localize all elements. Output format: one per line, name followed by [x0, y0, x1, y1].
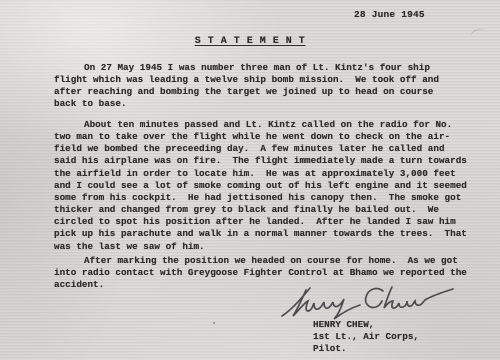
paper-speck	[213, 322, 215, 324]
text-line: flight which was leading a twelve ship b…	[54, 74, 439, 86]
text-line: the airfield in order to locate him. He …	[54, 168, 467, 180]
paper-smudge	[470, 27, 487, 41]
text-line: said his airplane was on fire. The fligh…	[54, 155, 467, 167]
text-line: HENRY CHEW,	[313, 319, 419, 331]
text-line: After marking the position we headed on …	[54, 255, 467, 267]
text-line: Pilot.	[313, 343, 419, 355]
paragraph-mission: On 27 May 1945 I was number three man of…	[54, 62, 439, 111]
text-line: into radio contact with Greygoose Fighte…	[54, 267, 467, 279]
document-date: 28 June 1945	[354, 9, 425, 20]
text-line: was the last we saw of him.	[54, 241, 467, 253]
text-line: two man to take over the flight while he…	[54, 131, 467, 143]
text-line: field we bombed the preceeding day. A fe…	[54, 143, 467, 155]
text-line: thicker and changed from grey to black a…	[54, 204, 467, 216]
text-line: 1st Lt., Air Corps,	[313, 331, 419, 343]
text-line: back to base.	[54, 98, 439, 110]
signature-block: HENRY CHEW,1st Lt., Air Corps,Pilot.	[313, 319, 419, 355]
text-line: circled to spot his position after he la…	[54, 216, 467, 228]
document-title: S T A T E M E N T	[195, 36, 306, 47]
paragraph-incident: About ten minutes passed and Lt. Kintz c…	[54, 119, 467, 253]
text-line: On 27 May 1945 I was number three man of…	[54, 62, 439, 74]
text-line: About ten minutes passed and Lt. Kintz c…	[54, 119, 467, 131]
statement-document: 28 June 1945 S T A T E M E N T On 27 May…	[0, 0, 500, 360]
text-line: some from his cockpit. He had jettisoned…	[54, 192, 467, 204]
handwritten-signature	[280, 283, 460, 323]
text-line: and I could see a lot of smoke coming ou…	[54, 180, 467, 192]
text-line: pick up his parachute and walk in a norm…	[54, 228, 467, 240]
text-line: after reaching and bombing the target we…	[54, 86, 439, 98]
